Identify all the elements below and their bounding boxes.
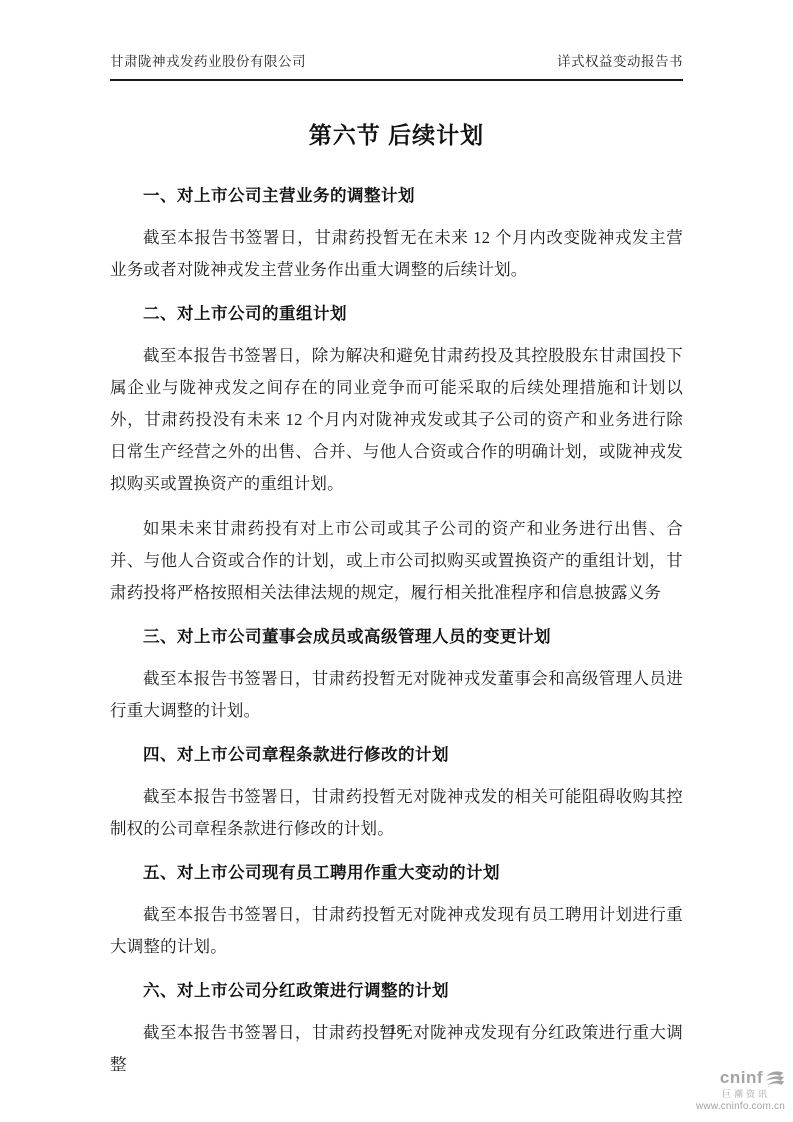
heading-articles-amendment-plan: 四、对上市公司章程条款进行修改的计划 [110, 743, 683, 767]
cninfo-url: www.cninfo.com.cn [685, 1101, 785, 1113]
paragraph: 截至本报告书签署日，甘肃药投暂无对陇神戎发现有员工聘用计划进行重大调整的计划。 [110, 899, 683, 963]
cninfo-logo-text: cninf [720, 1068, 763, 1088]
paragraph: 如果未来甘肃药投有对上市公司或其子公司的资产和业务进行出售、合并、与他人合资或合… [110, 513, 683, 609]
header-report-title: 详式权益变动报告书 [557, 50, 683, 70]
section-5: 五、对上市公司现有员工聘用作重大变动的计划 截至本报告书签署日，甘肃药投暂无对陇… [110, 861, 683, 963]
paragraph: 截至本报告书签署日，甘肃药投暂无对陇神戎发的相关可能阻碍收购其控制权的公司章程条… [110, 781, 683, 845]
document-page: 甘肃陇神戎发药业股份有限公司 详式权益变动报告书 第六节 后续计划 一、对上市公… [0, 0, 793, 1122]
cninfo-brand-row: cninf [685, 1068, 785, 1088]
paragraph: 截至本报告书签署日，甘肃药投暂无对陇神戎发董事会和高级管理人员进行重大调整的计划… [110, 663, 683, 727]
cninfo-watermark: cninf 巨潮资讯 www.cninfo.com.cn [685, 1068, 785, 1112]
page-number: 18 [0, 1022, 793, 1037]
cninfo-swirl-icon [764, 1069, 785, 1087]
heading-employee-hiring-change-plan: 五、对上市公司现有员工聘用作重大变动的计划 [110, 861, 683, 885]
section-title: 第六节 后续计划 [110, 118, 683, 152]
section-1: 一、对上市公司主营业务的调整计划 截至本报告书签署日，甘肃药投暂无在未来 12 … [110, 184, 683, 286]
paragraph: 截至本报告书签署日，除为解决和避免甘肃药投及其控股股东甘肃国投下属企业与陇神戎发… [110, 340, 683, 500]
paragraph: 截至本报告书签署日，甘肃药投暂无在未来 12 个月内改变陇神戎发主营业务或者对陇… [110, 222, 683, 286]
section-3: 三、对上市公司董事会成员或高级管理人员的变更计划 截至本报告书签署日，甘肃药投暂… [110, 625, 683, 727]
heading-main-business-adjustment-plan: 一、对上市公司主营业务的调整计划 [110, 184, 683, 208]
document-body: 第六节 后续计划 一、对上市公司主营业务的调整计划 截至本报告书签署日，甘肃药投… [110, 118, 683, 1094]
section-4: 四、对上市公司章程条款进行修改的计划 截至本报告书签署日，甘肃药投暂无对陇神戎发… [110, 743, 683, 845]
section-2: 二、对上市公司的重组计划 截至本报告书签署日，除为解决和避免甘肃药投及其控股股东… [110, 302, 683, 609]
header-company-name: 甘肃陇神戎发药业股份有限公司 [110, 50, 306, 70]
cninfo-chinese-name: 巨潮资讯 [707, 1089, 785, 1099]
heading-board-management-change-plan: 三、对上市公司董事会成员或高级管理人员的变更计划 [110, 625, 683, 649]
heading-restructuring-plan: 二、对上市公司的重组计划 [110, 302, 683, 326]
page-header: 甘肃陇神戎发药业股份有限公司 详式权益变动报告书 [110, 50, 683, 81]
heading-dividend-policy-adjustment-plan: 六、对上市公司分红政策进行调整的计划 [110, 979, 683, 1003]
